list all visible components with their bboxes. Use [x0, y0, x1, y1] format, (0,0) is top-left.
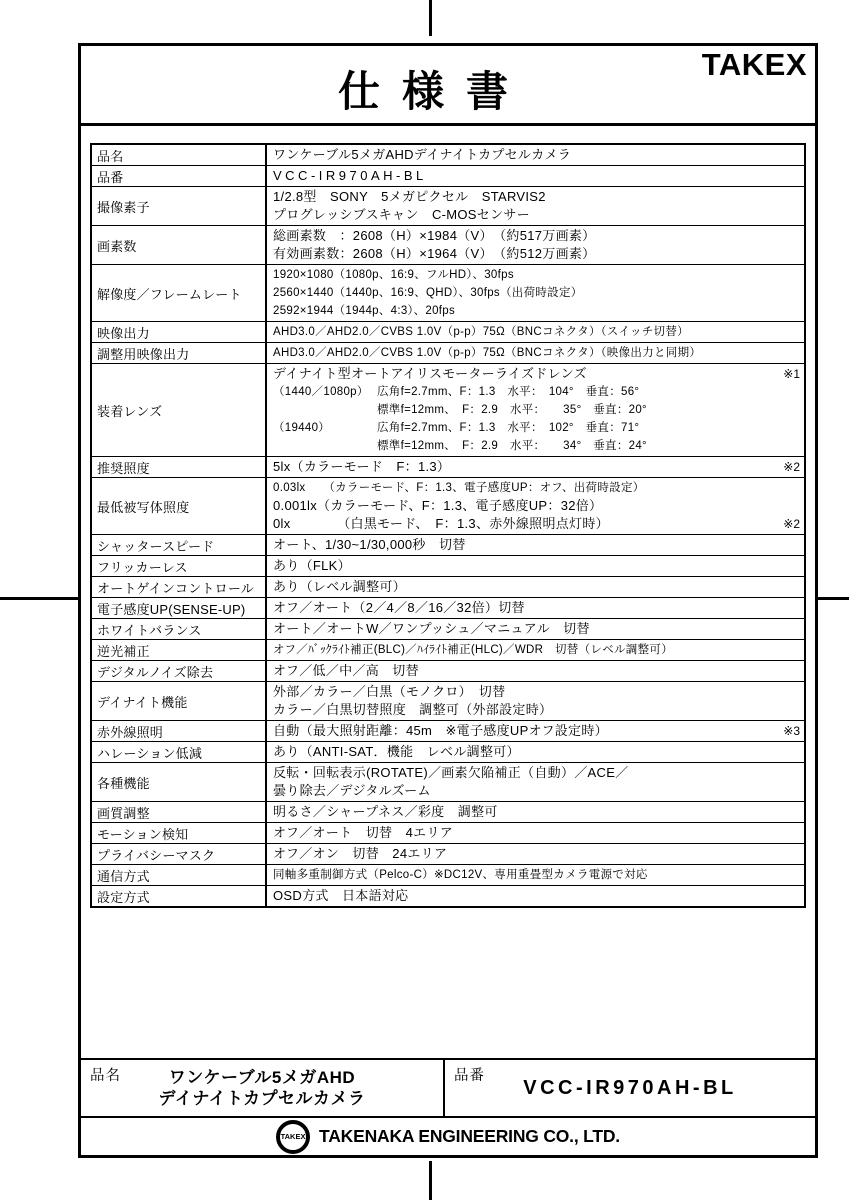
crop-mark-top — [429, 0, 432, 36]
spec-label: 装着レンズ — [92, 364, 267, 456]
spec-text: 広角f=2.7mm、F：1.3 水平： 104° 垂直：56° — [377, 383, 639, 401]
spec-line: 2560×1440（1440p、16:9、QHD）、30fps（出荷時設定） — [267, 284, 804, 302]
crop-mark-bottom — [429, 1161, 432, 1200]
spec-text: 標準f=12mm、 F：2.9 水平： 35° 垂直：20° — [377, 401, 647, 419]
spec-label: デジタルノイズ除去 — [92, 661, 267, 681]
crop-mark-right — [816, 597, 849, 600]
spec-text: 総画素数 ：2608（H）×1984（V） （約517万画素） — [273, 227, 595, 245]
spec-label: 通信方式 — [92, 865, 267, 885]
product-code-cell: 品番 VCC-IR970AH-BL — [445, 1060, 815, 1118]
spec-row: フリッカーレスあり（FLK） — [92, 556, 804, 577]
spec-label: シャッタースピード — [92, 535, 267, 555]
spec-row: 装着レンズデイナイト型オートアイリスモーターライズドレンズ※1（1440／108… — [92, 364, 804, 457]
spec-line: 同軸多重制御方式（Pelco-C）※DC12V、専用重畳型カメラ電源で対応 — [267, 866, 804, 884]
page-title: 仕様書 — [81, 59, 765, 119]
product-name-value: ワンケーブル5メガAHD デイナイトカプセルカメラ — [81, 1060, 443, 1109]
spec-row: シャッタースピードオート、1/30~1/30,000秒 切替 — [92, 535, 804, 556]
spec-line: VCC-IR970AH-BL — [267, 167, 804, 185]
spec-text: 0.001lx（カラーモード、F：1.3、電子感度UP：32倍） — [273, 497, 602, 515]
spec-row: オートゲインコントロールあり（レベル調整可） — [92, 577, 804, 598]
product-name-cell: 品名 ワンケーブル5メガAHD デイナイトカプセルカメラ — [81, 1060, 445, 1118]
spec-label: 赤外線照明 — [92, 721, 267, 741]
spec-text: 5lx（カラーモード F：1.3） — [273, 458, 450, 476]
spec-line: 曇り除去／デジタルズーム — [267, 782, 804, 800]
company-name: TAKENAKA ENGINEERING CO., LTD. — [319, 1126, 620, 1147]
spec-value: デイナイト型オートアイリスモーターライズドレンズ※1（1440／1080p）広角… — [267, 364, 804, 456]
spec-text: 1920×1080（1080p、16:9、フルHD）、30fps — [273, 266, 514, 284]
spec-label: プライバシーマスク — [92, 844, 267, 864]
spec-label: 電子感度UP(SENSE-UP) — [92, 598, 267, 618]
spec-line: AHD3.0／AHD2.0／CVBS 1.0V（p-p）75Ω（BNCコネクタ）… — [267, 323, 804, 341]
spec-value: 反転・回転表示(ROTATE)／画素欠陥補正（自動）／ACE／曇り除去／デジタル… — [267, 763, 804, 801]
spec-text: オフ／オン 切替 24エリア — [273, 845, 447, 863]
spec-line: 2592×1944（1944p、4:3）、20fps — [267, 302, 804, 320]
spec-line: オフ／オン 切替 24エリア — [267, 845, 804, 863]
spec-text: 広角f=2.7mm、F：1.3 水平： 102° 垂直：71° — [377, 419, 639, 437]
brand-logo: TAKEX — [702, 47, 807, 83]
spec-row: 逆光補正オフ／ﾊﾞｯｸﾗｲﾄ補正(BLC)／ﾊｲﾗｲﾄ補正(HLC)／WDR 切… — [92, 640, 804, 661]
spec-line: オフ／オート（2／4／8／16／32倍）切替 — [267, 599, 804, 617]
spec-table: 品名ワンケーブル5メガAHDデイナイトカプセルカメラ品番VCC-IR970AH-… — [90, 143, 806, 908]
spec-label: 映像出力 — [92, 322, 267, 342]
spec-value: AHD3.0／AHD2.0／CVBS 1.0V（p-p）75Ω（BNCコネクタ）… — [267, 343, 804, 363]
spec-text: 0.03lx （カラーモード、F：1.3、電子感度UP：オフ、出荷時設定） — [273, 479, 645, 497]
spec-text: AHD3.0／AHD2.0／CVBS 1.0V（p-p）75Ω（BNCコネクタ）… — [273, 323, 689, 341]
spec-text: オフ／オート 切替 4エリア — [273, 824, 453, 842]
spec-row: モーション検知オフ／オート 切替 4エリア — [92, 823, 804, 844]
spec-label: フリッカーレス — [92, 556, 267, 576]
spec-row: デイナイト機能外部／カラー／白黒（モノクロ） 切替カラー／白黒切替照度 調整可（… — [92, 682, 804, 721]
spec-row: 通信方式同軸多重制御方式（Pelco-C）※DC12V、専用重畳型カメラ電源で対… — [92, 865, 804, 886]
spec-text: あり（ANTI-SAT．機能 レベル調整可） — [273, 743, 520, 761]
spec-line: カラー／白黒切替照度 調整可（外部設定時） — [267, 701, 804, 719]
spec-value: AHD3.0／AHD2.0／CVBS 1.0V（p-p）75Ω（BNCコネクタ）… — [267, 322, 804, 342]
spec-line: オート／オートW／ワンプッシュ／マニュアル 切替 — [267, 620, 804, 638]
spec-value: 同軸多重制御方式（Pelco-C）※DC12V、専用重畳型カメラ電源で対応 — [267, 865, 804, 885]
spec-value: ワンケーブル5メガAHDデイナイトカプセルカメラ — [267, 145, 804, 165]
spec-note: ※1 — [775, 365, 800, 383]
spec-row: 品番VCC-IR970AH-BL — [92, 166, 804, 187]
spec-value: オフ／オート 切替 4エリア — [267, 823, 804, 843]
spec-row: 推奨照度5lx（カラーモード F：1.3）※2 — [92, 457, 804, 478]
spec-line: 0.03lx （カラーモード、F：1.3、電子感度UP：オフ、出荷時設定） — [267, 479, 804, 497]
spec-note: ※3 — [775, 722, 800, 740]
spec-line: 自動（最大照射距離：45m ※電子感度UPオフ設定時）※3 — [267, 722, 804, 740]
crop-mark-left — [0, 597, 78, 600]
spec-line: OSD方式 日本語対応 — [267, 887, 804, 905]
spec-value: オート、1/30~1/30,000秒 切替 — [267, 535, 804, 555]
spec-label: 各種機能 — [92, 763, 267, 801]
spec-text: 反転・回転表示(ROTATE)／画素欠陥補正（自動）／ACE／ — [273, 764, 628, 782]
spec-row: 撮像素子1/2.8型 SONY 5メガピクセル STARVIS2プログレッシブス… — [92, 187, 804, 226]
title-band: 仕様書 TAKEX — [81, 46, 815, 126]
spec-value: 総画素数 ：2608（H）×1984（V） （約517万画素）有効画素数：260… — [267, 226, 804, 264]
spec-label: 解像度／フレームレート — [92, 265, 267, 321]
spec-label: 撮像素子 — [92, 187, 267, 225]
spec-line: プログレッシブスキャン C-MOSセンサー — [267, 206, 804, 224]
spec-label: ホワイトバランス — [92, 619, 267, 639]
spec-row: 各種機能反転・回転表示(ROTATE)／画素欠陥補正（自動）／ACE／曇り除去／… — [92, 763, 804, 802]
spec-text: 同軸多重制御方式（Pelco-C）※DC12V、専用重畳型カメラ電源で対応 — [273, 866, 648, 884]
spec-row: 画質調整明るさ／シャープネス／彩度 調整可 — [92, 802, 804, 823]
spec-line: 1/2.8型 SONY 5メガピクセル STARVIS2 — [267, 188, 804, 206]
spec-row: 最低被写体照度0.03lx （カラーモード、F：1.3、電子感度UP：オフ、出荷… — [92, 478, 804, 535]
spec-label: オートゲインコントロール — [92, 577, 267, 597]
spec-text: 2592×1944（1944p、4:3）、20fps — [273, 302, 455, 320]
spec-value: 明るさ／シャープネス／彩度 調整可 — [267, 802, 804, 822]
spec-rows: 品名ワンケーブル5メガAHDデイナイトカプセルカメラ品番VCC-IR970AH-… — [92, 145, 804, 906]
spec-line: 総画素数 ：2608（H）×1984（V） （約517万画素） — [267, 227, 804, 245]
spec-line: 標準f=12mm、 F：2.9 水平： 35° 垂直：20° — [267, 401, 804, 419]
spec-text: 曇り除去／デジタルズーム — [273, 782, 431, 800]
spec-line: 標準f=12mm、 F：2.9 水平： 34° 垂直：24° — [267, 437, 804, 455]
spec-value: オフ／オン 切替 24エリア — [267, 844, 804, 864]
spec-row: プライバシーマスクオフ／オン 切替 24エリア — [92, 844, 804, 865]
spec-line: デイナイト型オートアイリスモーターライズドレンズ※1 — [267, 365, 804, 383]
spec-value: 外部／カラー／白黒（モノクロ） 切替カラー／白黒切替照度 調整可（外部設定時） — [267, 682, 804, 720]
spec-note: ※2 — [775, 458, 800, 476]
spec-value: あり（ANTI-SAT．機能 レベル調整可） — [267, 742, 804, 762]
spec-line: （1440／1080p）広角f=2.7mm、F：1.3 水平： 104° 垂直：… — [267, 383, 804, 401]
spec-line: （19440）広角f=2.7mm、F：1.3 水平： 102° 垂直：71° — [267, 419, 804, 437]
product-code-label: 品番 — [454, 1064, 485, 1085]
page-frame: 仕様書 TAKEX 品名ワンケーブル5メガAHDデイナイトカプセルカメラ品番VC… — [78, 43, 818, 1158]
spec-row: 映像出力AHD3.0／AHD2.0／CVBS 1.0V（p-p）75Ω（BNCコ… — [92, 322, 804, 343]
spec-row: ハレーション低減あり（ANTI-SAT．機能 レベル調整可） — [92, 742, 804, 763]
product-name-line2: デイナイトカプセルカメラ — [81, 1088, 443, 1109]
spec-label: 品名 — [92, 145, 267, 165]
spec-text: オート／オートW／ワンプッシュ／マニュアル 切替 — [273, 620, 590, 638]
spec-text: AHD3.0／AHD2.0／CVBS 1.0V（p-p）75Ω（BNCコネクタ）… — [273, 344, 701, 362]
spec-label: 画素数 — [92, 226, 267, 264]
spec-value: 0.03lx （カラーモード、F：1.3、電子感度UP：オフ、出荷時設定）0.0… — [267, 478, 804, 534]
spec-label: 最低被写体照度 — [92, 478, 267, 534]
spec-text: オート、1/30~1/30,000秒 切替 — [273, 536, 466, 554]
spec-value: オフ／ﾊﾞｯｸﾗｲﾄ補正(BLC)／ﾊｲﾗｲﾄ補正(HLC)／WDR 切替（レベ… — [267, 640, 804, 660]
spec-value: あり（FLK） — [267, 556, 804, 576]
product-name-line1: ワンケーブル5メガAHD — [81, 1067, 443, 1088]
spec-text: 自動（最大照射距離：45m ※電子感度UPオフ設定時） — [273, 722, 608, 740]
company-bar: TAKEX TAKENAKA ENGINEERING CO., LTD. — [81, 1116, 815, 1155]
spec-label: 推奨照度 — [92, 457, 267, 477]
spec-text: 2560×1440（1440p、16:9、QHD）、30fps（出荷時設定） — [273, 284, 583, 302]
spec-label: 調整用映像出力 — [92, 343, 267, 363]
spec-line: オフ／低／中／高 切替 — [267, 662, 804, 680]
spec-text: 有効画素数：2608（H）×1964（V） （約512万画素） — [273, 245, 595, 263]
spec-label: モーション検知 — [92, 823, 267, 843]
spec-line: 5lx（カラーモード F：1.3）※2 — [267, 458, 804, 476]
spec-row: 調整用映像出力AHD3.0／AHD2.0／CVBS 1.0V（p-p）75Ω（B… — [92, 343, 804, 364]
spec-line: 0lx （白黒モード、 F：1.3、赤外線照明点灯時）※2 — [267, 515, 804, 533]
spec-row: 設定方式OSD方式 日本語対応 — [92, 886, 804, 906]
spec-line: 0.001lx（カラーモード、F：1.3、電子感度UP：32倍） — [267, 497, 804, 515]
spec-row: 解像度／フレームレート1920×1080（1080p、16:9、フルHD）、30… — [92, 265, 804, 322]
spec-line: ワンケーブル5メガAHDデイナイトカプセルカメラ — [267, 146, 804, 164]
spec-row: 赤外線照明自動（最大照射距離：45m ※電子感度UPオフ設定時）※3 — [92, 721, 804, 742]
product-summary-block: 品名 ワンケーブル5メガAHD デイナイトカプセルカメラ 品番 VCC-IR97… — [81, 1058, 815, 1118]
spec-value: 自動（最大照射距離：45m ※電子感度UPオフ設定時）※3 — [267, 721, 804, 741]
spec-label: 設定方式 — [92, 886, 267, 906]
spec-label: 画質調整 — [92, 802, 267, 822]
takex-badge-icon: TAKEX — [276, 1120, 310, 1154]
spec-text: デイナイト型オートアイリスモーターライズドレンズ — [273, 365, 587, 383]
spec-line: あり（FLK） — [267, 557, 804, 575]
product-code-value: VCC-IR970AH-BL — [445, 1060, 815, 1100]
spec-row: 品名ワンケーブル5メガAHDデイナイトカプセルカメラ — [92, 145, 804, 166]
spec-line: オフ／ﾊﾞｯｸﾗｲﾄ補正(BLC)／ﾊｲﾗｲﾄ補正(HLC)／WDR 切替（レベ… — [267, 641, 804, 659]
spec-value: オフ／オート（2／4／8／16／32倍）切替 — [267, 598, 804, 618]
spec-line: AHD3.0／AHD2.0／CVBS 1.0V（p-p）75Ω（BNCコネクタ）… — [267, 344, 804, 362]
spec-line: 有効画素数：2608（H）×1964（V） （約512万画素） — [267, 245, 804, 263]
spec-line: 明るさ／シャープネス／彩度 調整可 — [267, 803, 804, 821]
document-page: 仕様書 TAKEX 品名ワンケーブル5メガAHDデイナイトカプセルカメラ品番VC… — [0, 0, 849, 1200]
spec-line: 1920×1080（1080p、16:9、フルHD）、30fps — [267, 266, 804, 284]
spec-row: デジタルノイズ除去オフ／低／中／高 切替 — [92, 661, 804, 682]
spec-line: あり（レベル調整可） — [267, 578, 804, 596]
spec-text: オフ／低／中／高 切替 — [273, 662, 419, 680]
spec-text: 外部／カラー／白黒（モノクロ） 切替 — [273, 683, 505, 701]
spec-line: 反転・回転表示(ROTATE)／画素欠陥補正（自動）／ACE／ — [267, 764, 804, 782]
spec-value: オート／オートW／ワンプッシュ／マニュアル 切替 — [267, 619, 804, 639]
spec-note: ※2 — [775, 515, 800, 533]
lens-mode-prefix: （1440／1080p） — [273, 383, 377, 401]
spec-row: 画素数総画素数 ：2608（H）×1984（V） （約517万画素）有効画素数：… — [92, 226, 804, 265]
spec-value: OSD方式 日本語対応 — [267, 886, 804, 906]
spec-label: 逆光補正 — [92, 640, 267, 660]
spec-text: 1/2.8型 SONY 5メガピクセル STARVIS2 — [273, 188, 546, 206]
spec-label: ハレーション低減 — [92, 742, 267, 762]
spec-text: プログレッシブスキャン C-MOSセンサー — [273, 206, 530, 224]
spec-value: あり（レベル調整可） — [267, 577, 804, 597]
spec-text: カラー／白黒切替照度 調整可（外部設定時） — [273, 701, 552, 719]
spec-text: オフ／オート（2／4／8／16／32倍）切替 — [273, 599, 525, 617]
spec-text: オフ／ﾊﾞｯｸﾗｲﾄ補正(BLC)／ﾊｲﾗｲﾄ補正(HLC)／WDR 切替（レベ… — [273, 641, 673, 659]
spec-label: デイナイト機能 — [92, 682, 267, 720]
spec-text: あり（レベル調整可） — [273, 578, 406, 596]
spec-text: ワンケーブル5メガAHDデイナイトカプセルカメラ — [273, 146, 571, 164]
spec-value: 1920×1080（1080p、16:9、フルHD）、30fps2560×144… — [267, 265, 804, 321]
spec-label: 品番 — [92, 166, 267, 186]
spec-value: 1/2.8型 SONY 5メガピクセル STARVIS2プログレッシブスキャン … — [267, 187, 804, 225]
spec-text: 明るさ／シャープネス／彩度 調整可 — [273, 803, 498, 821]
spec-row: ホワイトバランスオート／オートW／ワンプッシュ／マニュアル 切替 — [92, 619, 804, 640]
spec-line: あり（ANTI-SAT．機能 レベル調整可） — [267, 743, 804, 761]
spec-line: オート、1/30~1/30,000秒 切替 — [267, 536, 804, 554]
spec-text: VCC-IR970AH-BL — [273, 167, 427, 185]
spec-text: 0lx （白黒モード、 F：1.3、赤外線照明点灯時） — [273, 515, 609, 533]
spec-line: 外部／カラー／白黒（モノクロ） 切替 — [267, 683, 804, 701]
lens-mode-prefix: （19440） — [273, 419, 377, 437]
product-name-label: 品名 — [90, 1064, 121, 1085]
spec-value: VCC-IR970AH-BL — [267, 166, 804, 186]
spec-line: オフ／オート 切替 4エリア — [267, 824, 804, 842]
spec-value: オフ／低／中／高 切替 — [267, 661, 804, 681]
spec-row: 電子感度UP(SENSE-UP)オフ／オート（2／4／8／16／32倍）切替 — [92, 598, 804, 619]
spec-text: 標準f=12mm、 F：2.9 水平： 34° 垂直：24° — [377, 437, 647, 455]
spec-value: 5lx（カラーモード F：1.3）※2 — [267, 457, 804, 477]
spec-text: あり（FLK） — [273, 557, 351, 575]
spec-text: OSD方式 日本語対応 — [273, 887, 408, 905]
